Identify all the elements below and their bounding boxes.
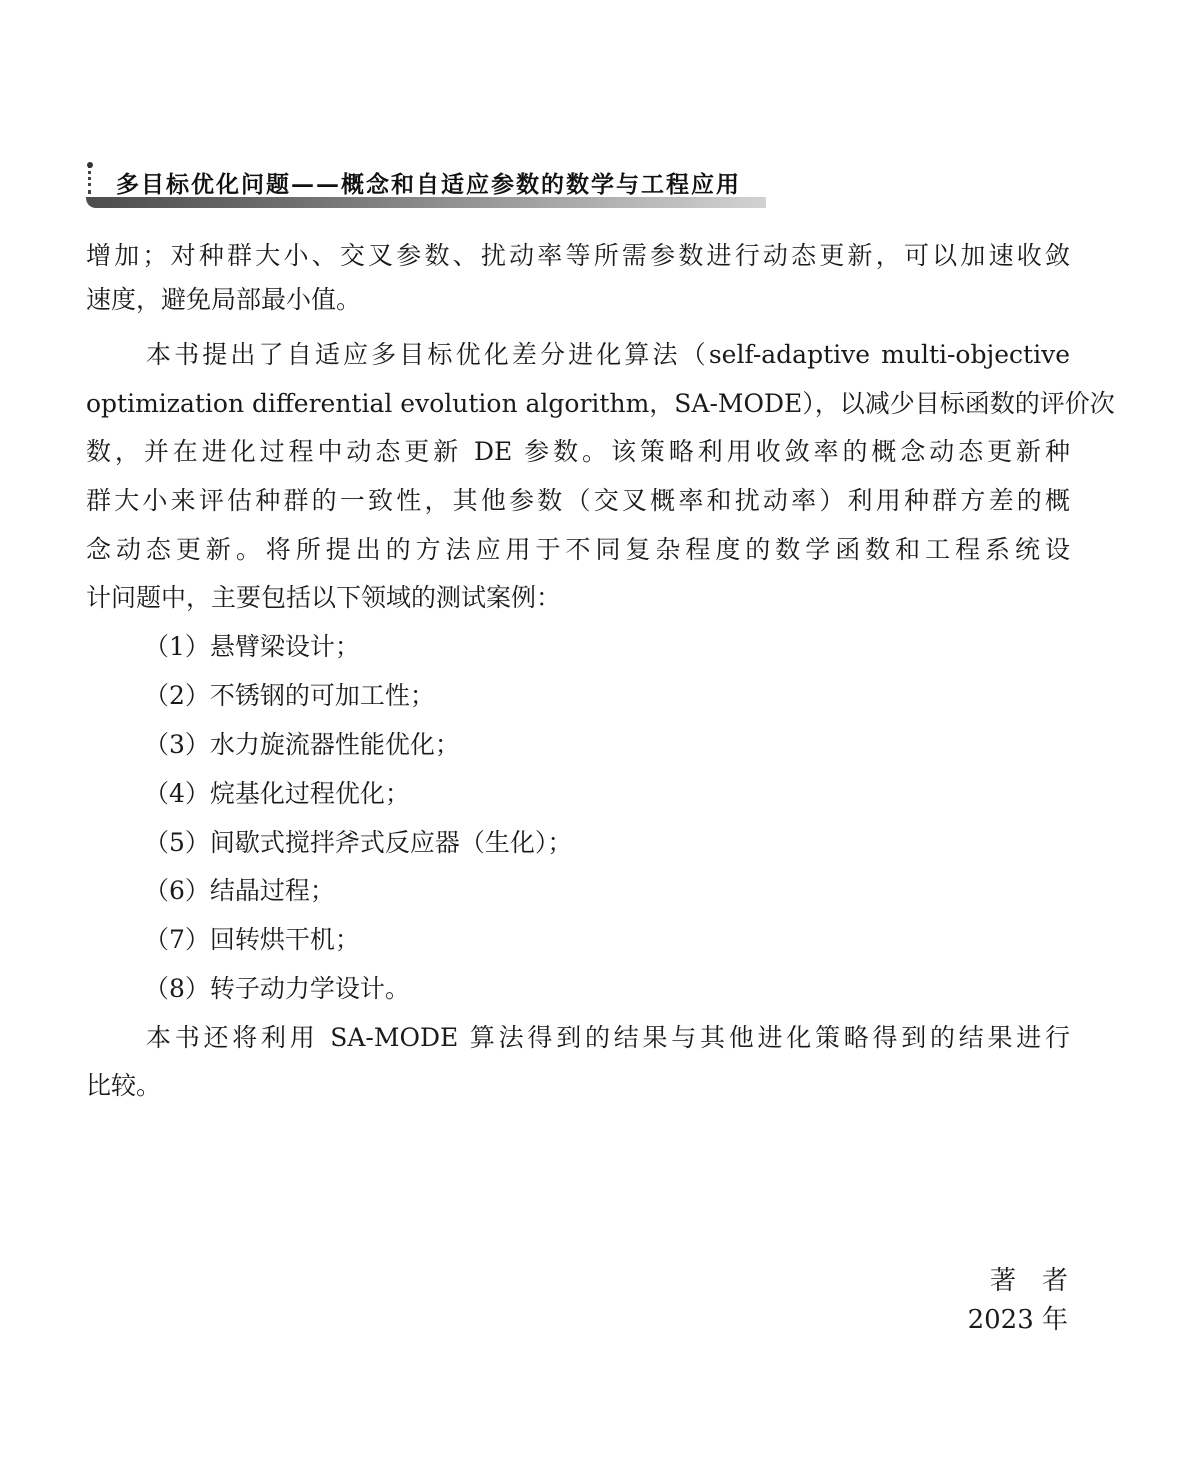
test-case-item: （6）结晶过程； (144, 876, 335, 906)
test-case-item: （2）不锈钢的可加工性； (144, 681, 435, 711)
paragraph-3-line-2: 比较。 (86, 1071, 1070, 1101)
test-case-item: （7）回转烘干机； (144, 925, 360, 955)
paragraph-1-line-1: 增加；对种群大小、交叉参数、扰动率等所需参数进行动态更新，可以加速收敛 (86, 241, 1070, 271)
paragraph-3-line-1: 本书还将利用 SA-MODE 算法得到的结果与其他进化策略得到的结果进行 (146, 1023, 1070, 1053)
signature-year: 2023 年 (968, 1305, 1068, 1335)
test-case-item: （8）转子动力学设计。 (144, 974, 410, 1004)
signature-author: 著 者 (990, 1266, 1068, 1296)
header-dotted-rule (88, 164, 95, 194)
paragraph-2-line-5: 念动态更新。将所提出的方法应用于不同复杂程度的数学函数和工程系统设 (86, 535, 1070, 565)
test-case-item: （3）水力旋流器性能优化； (144, 730, 460, 760)
test-case-item: （1）悬臂梁设计； (144, 632, 360, 662)
header-bullet-dot (87, 162, 93, 168)
paragraph-2-line-4: 群大小来评估种群的一致性，其他参数（交叉概率和扰动率）利用种群方差的概 (86, 486, 1070, 516)
header-gradient-bar (86, 197, 766, 208)
test-case-item: （5）间歇式搅拌斧式反应器（生化）； (144, 828, 572, 858)
paragraph-2-line-1: 本书提出了自适应多目标优化差分进化算法（self-adaptive multi-… (146, 340, 1070, 370)
paragraph-2-line-2: optimization differential evolution algo… (86, 389, 1070, 419)
test-case-item: （4）烷基化过程优化； (144, 779, 410, 809)
paragraph-2-line-6: 计问题中，主要包括以下领域的测试案例： (86, 583, 1070, 613)
paragraph-2-line-3: 数，并在进化过程中动态更新 DE 参数。该策略利用收敛率的概念动态更新种 (86, 437, 1070, 467)
running-title: 多目标优化问题——概念和自适应参数的数学与工程应用 (116, 166, 741, 199)
running-header: 多目标优化问题——概念和自适应参数的数学与工程应用 (84, 160, 874, 212)
paragraph-1-line-2: 速度，避免局部最小值。 (86, 285, 1070, 315)
